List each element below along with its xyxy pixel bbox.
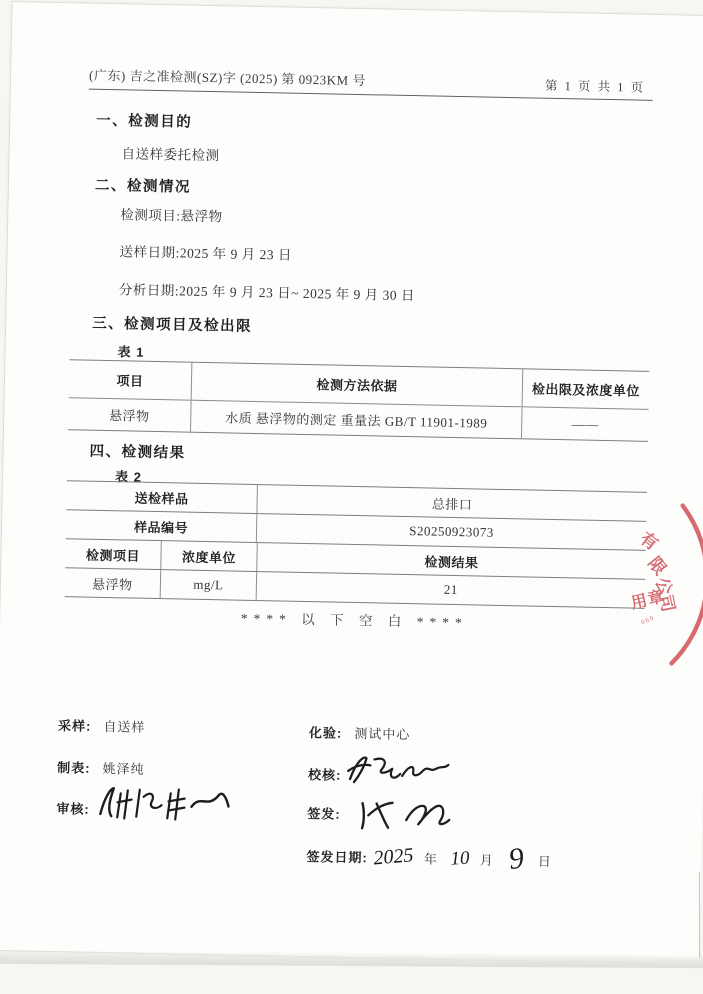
issue-date-day-handwritten: 9	[509, 858, 524, 860]
table-1-cell-method: 水质 悬浮物的测定 重量法 GB/T 11901-1989	[190, 401, 522, 439]
tabulation-value: 姚泽纯	[102, 758, 144, 778]
test-item-line: 检测项目:悬浮物	[120, 203, 223, 225]
table-1-header-method: 检测方法依据	[191, 363, 523, 407]
review-signature	[94, 780, 235, 831]
page-bottom-edge	[0, 950, 703, 968]
review-label: 审核:	[56, 798, 90, 818]
table-1-cell-limit: ——	[521, 407, 649, 441]
company-seal-stamp: 有 限 公 司 用章 060	[617, 482, 703, 680]
table-1-caption: 表 1	[117, 341, 144, 361]
lab-row: 化验: 测试中心	[309, 722, 411, 743]
doc-number: (广东) 吉之准检测(SZ)字 (2025) 第 0923KM 号	[89, 68, 366, 89]
section-3-title: 三、检测项目及检出限	[92, 312, 252, 336]
check-label: 校核:	[308, 764, 342, 784]
issue-signature	[354, 795, 460, 833]
seal-char: 有	[637, 528, 663, 554]
year-unit: 年	[424, 848, 437, 867]
table-2: 送检样品 总排口 样品编号 S20250923073 检测项目 浓度单位 检测结…	[65, 480, 647, 609]
sample-date-line: 送样日期:2025 年 9 月 23 日	[119, 240, 292, 263]
table-2-header-item: 检测项目	[65, 539, 161, 569]
tabulation-row: 制表: 姚泽纯	[57, 757, 145, 778]
check-signature	[344, 749, 455, 793]
tabulation-label: 制表:	[57, 757, 91, 777]
issue-row: 签发:	[307, 803, 341, 823]
sampling-label: 采样:	[58, 715, 92, 735]
page-indicator: 第 1 页 共 1 页	[545, 79, 645, 96]
month-unit: 月	[480, 850, 493, 869]
section-1-title: 一、检测目的	[96, 109, 192, 132]
issue-date-label: 签发日期:	[306, 846, 368, 866]
issue-date-month-handwritten: 10	[450, 848, 470, 871]
day-unit: 日	[538, 851, 551, 870]
issue-label: 签发:	[307, 803, 341, 823]
scanned-report-canvas: (广东) 吉之准检测(SZ)字 (2025) 第 0923KM 号 第 1 页 …	[0, 0, 703, 994]
scan-edge-line	[699, 872, 700, 958]
sampling-row: 采样: 自送样	[58, 715, 146, 736]
lab-label: 化验:	[309, 722, 343, 742]
table-1-cell-item: 悬浮物	[68, 398, 191, 431]
analysis-date-line: 分析日期:2025 年 9 月 23 日~ 2025 年 9 月 30 日	[119, 278, 416, 304]
table-1: 项目 检测方法依据 检出限及浓度单位 悬浮物 水质 悬浮物的测定 重量法 GB/…	[68, 359, 649, 442]
check-row: 校核:	[308, 764, 342, 784]
table-1-header-limit: 检出限及浓度单位	[522, 369, 650, 409]
section-4-title: 四、检测结果	[89, 440, 185, 463]
table-1-header-item: 项目	[69, 360, 192, 399]
issue-date-year-handwritten: 2025	[373, 844, 415, 870]
seal-char: 限	[644, 553, 669, 578]
review-row: 审核:	[56, 798, 90, 818]
lab-value: 测试中心	[354, 723, 410, 743]
section-2-title: 二、检测情况	[95, 174, 191, 197]
issue-date-row: 签发日期: 2025 年 10 月 9 日	[306, 844, 551, 872]
sampling-value: 自送样	[103, 716, 145, 736]
report-page: (广东) 吉之准检测(SZ)字 (2025) 第 0923KM 号 第 1 页 …	[0, 1, 703, 965]
sample-code-label: 样品编号	[66, 510, 257, 542]
section-1-content: 自送样委托检测	[121, 142, 219, 164]
seal-serial: 060	[640, 614, 656, 626]
sample-name-label: 送检样品	[66, 481, 257, 513]
table-2-cell-item: 悬浮物	[65, 568, 161, 598]
table-2-header-unit: 浓度单位	[160, 541, 257, 571]
blank-below-note: **** 以 下 空 白 ****	[64, 603, 644, 635]
table-2-cell-unit: mg/L	[160, 570, 257, 600]
